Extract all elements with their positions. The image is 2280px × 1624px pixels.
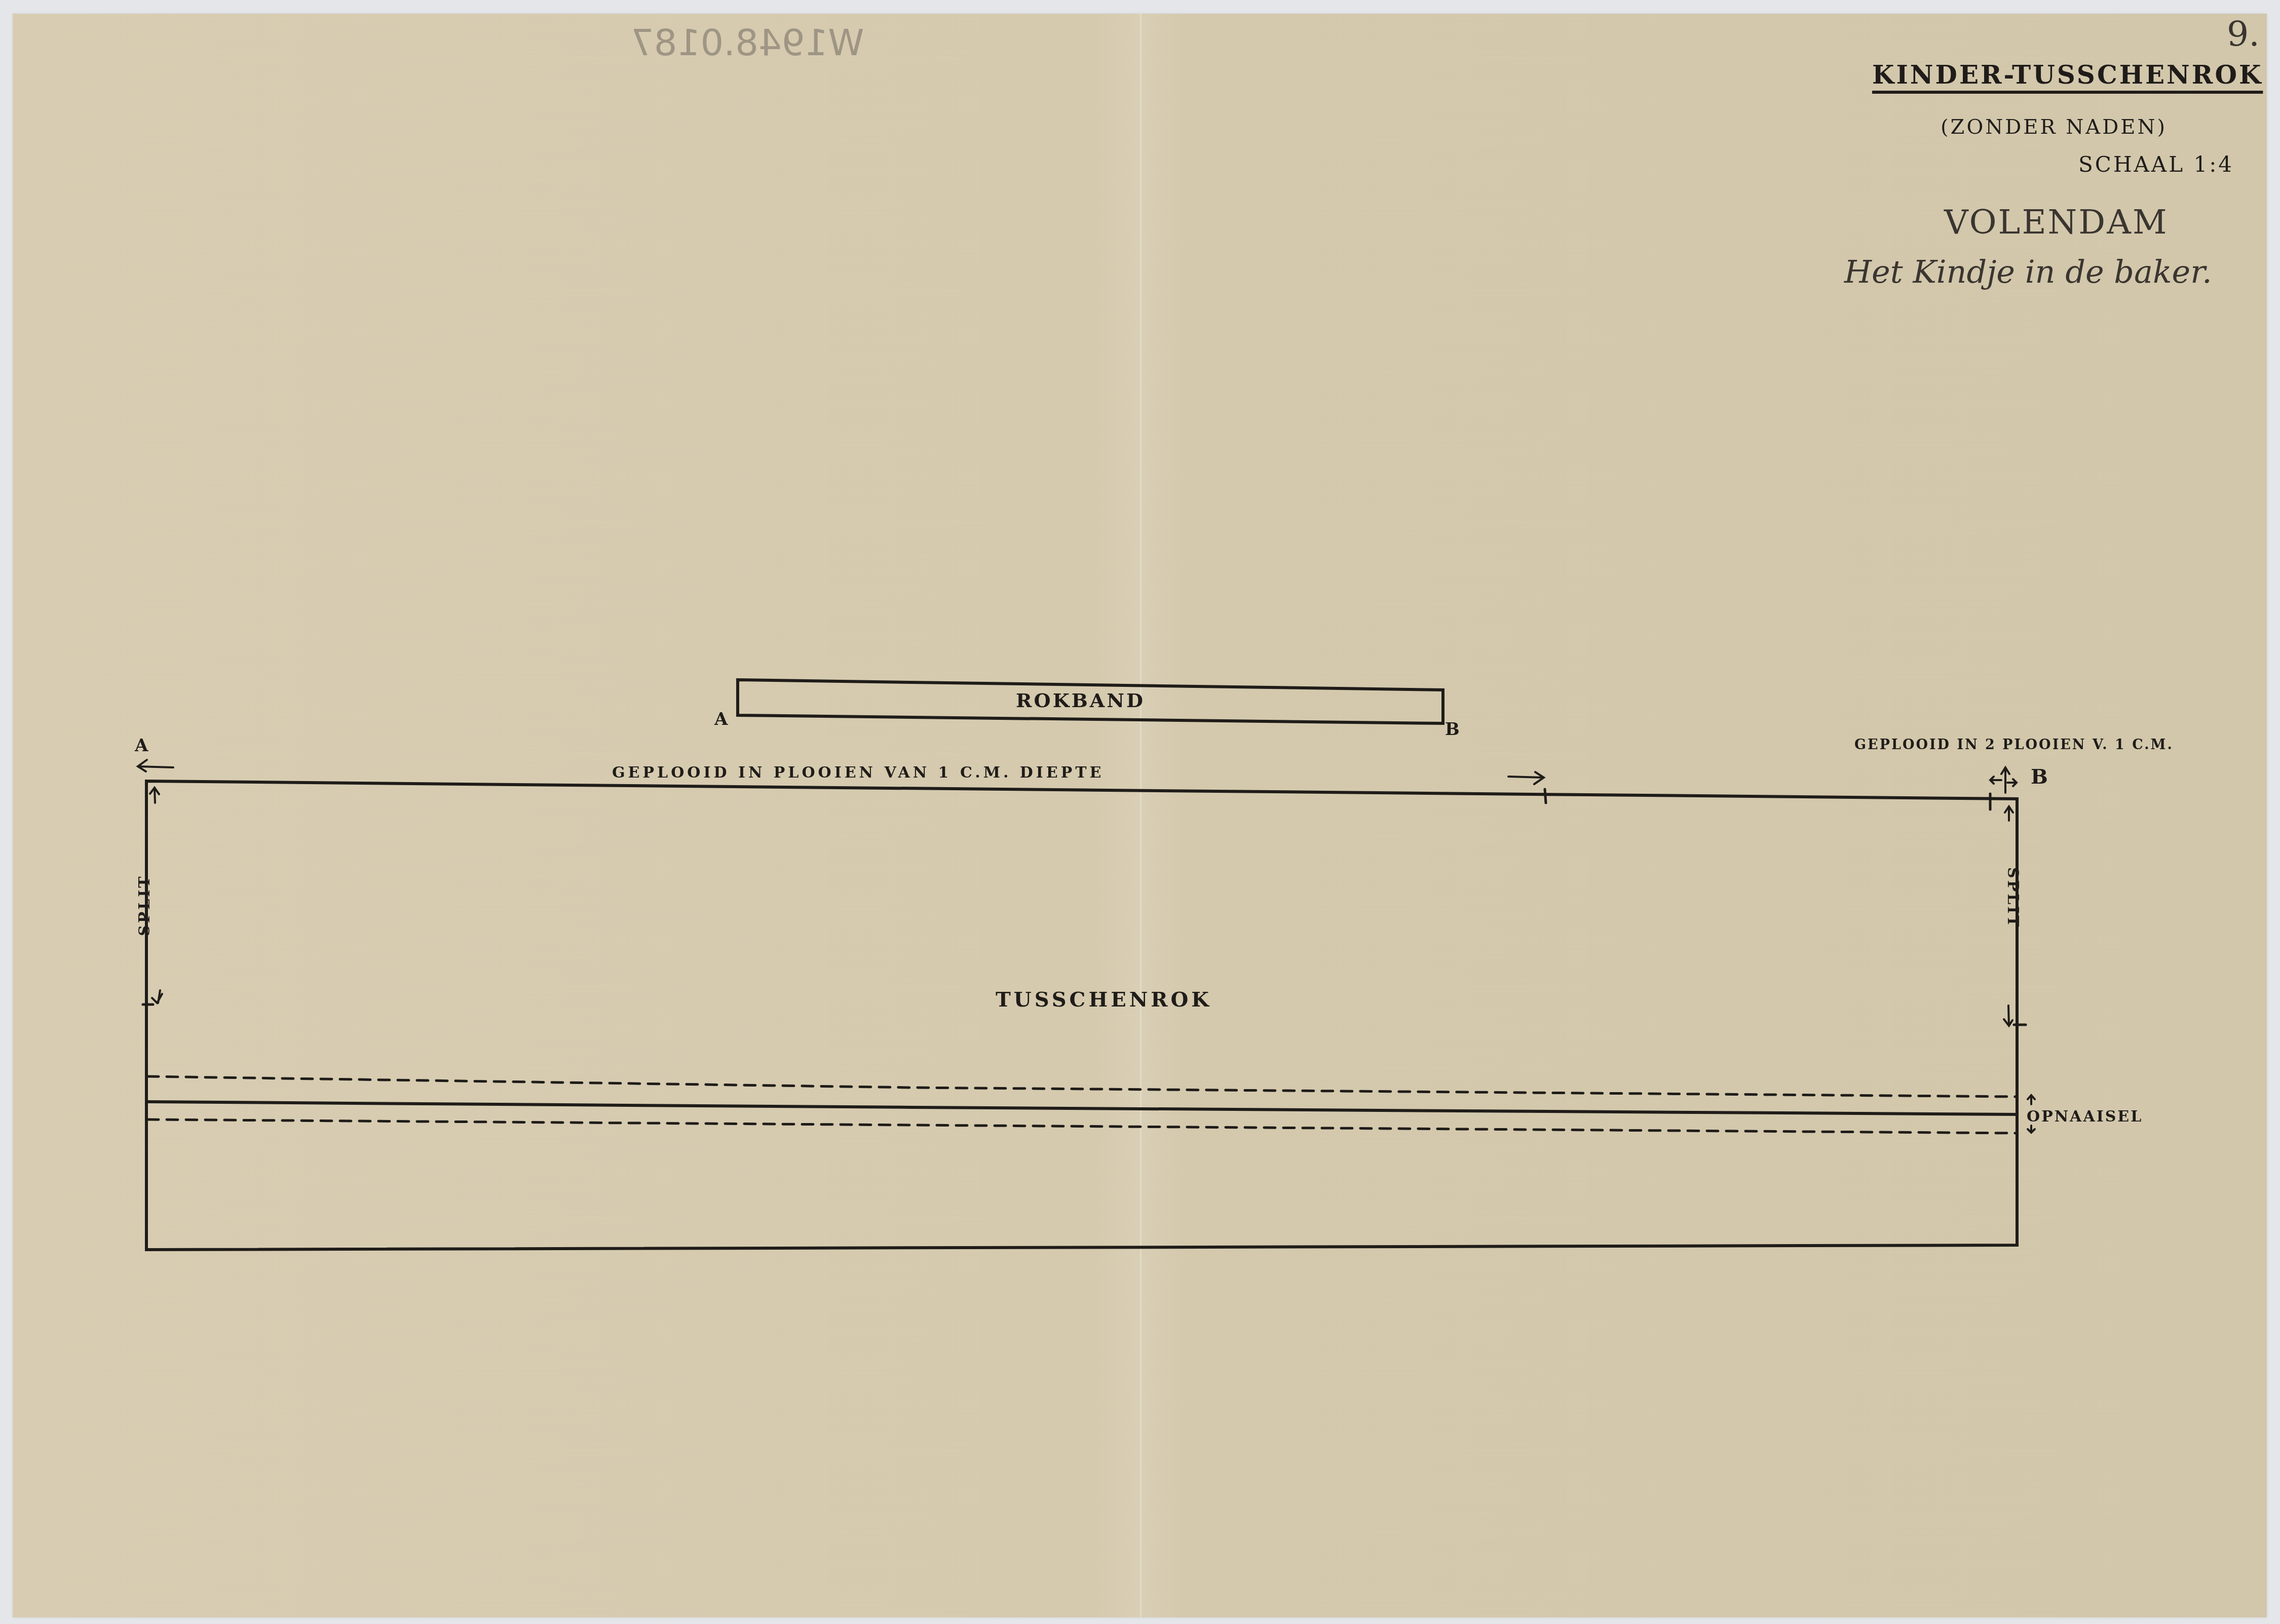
tusschenrok-point-a: A — [135, 736, 150, 756]
tusschenrok-point-b: B — [2031, 765, 2050, 789]
arrow-up-icon — [2028, 1095, 2035, 1104]
scale-label: SCHAAL 1:4 — [2078, 152, 2234, 177]
pencil-inventory-note: W1948.0187 — [631, 21, 864, 64]
arrow-down-icon — [2028, 1126, 2035, 1133]
arrow-up-icon — [2001, 767, 2009, 793]
hem-dashed-line-lower — [147, 1119, 2017, 1133]
hem-note-label: OPNAAISEL — [2027, 1108, 2143, 1126]
arrow-down-icon — [152, 990, 162, 1003]
pleat-mark-tick — [1545, 789, 1546, 803]
arrow-up-icon — [150, 788, 159, 803]
pattern-drawing — [0, 0, 2280, 1624]
location-label: VOLENDAM — [1944, 203, 2169, 242]
rokband-point-b: B — [1445, 719, 1462, 740]
top-pleat-note-right: GEPLOOID IN 2 PLOOIEN V. 1 C.M. — [1854, 737, 2174, 753]
hem-solid-fold-line — [147, 1102, 2017, 1114]
arrow-down-icon — [2004, 1006, 2012, 1026]
tusschenrok-label: TUSSCHENROK — [996, 988, 1212, 1012]
arrow-right-icon — [1508, 772, 1544, 784]
rokband-label: ROKBAND — [1016, 689, 1145, 712]
subtitle: (ZONDER NADEN) — [1941, 115, 2167, 139]
arrow-right-icon — [2007, 779, 2017, 786]
arrow-left-icon — [138, 760, 173, 771]
title: KINDER-TUSSCHENROK — [1872, 60, 2263, 90]
arrow-up-icon — [2005, 806, 2013, 821]
top-pleat-note-left: GEPLOOID IN PLOOIEN VAN 1 C.M. DIEPTE — [612, 764, 1104, 782]
hem-dashed-line-upper — [147, 1076, 2017, 1097]
description-label: Het Kindje in de baker. — [1844, 253, 2212, 290]
annotation-arrows — [138, 760, 2035, 1133]
page-number: 9. — [2227, 14, 2260, 54]
hem-lines — [147, 1076, 2017, 1133]
arrow-left-icon — [1990, 777, 2001, 784]
split-label-right: SPLIT — [2004, 867, 2022, 929]
rokband-point-a: A — [714, 709, 730, 729]
tusschenrok-piece — [143, 781, 2026, 1250]
split-label-left: SPLIT — [136, 874, 154, 936]
